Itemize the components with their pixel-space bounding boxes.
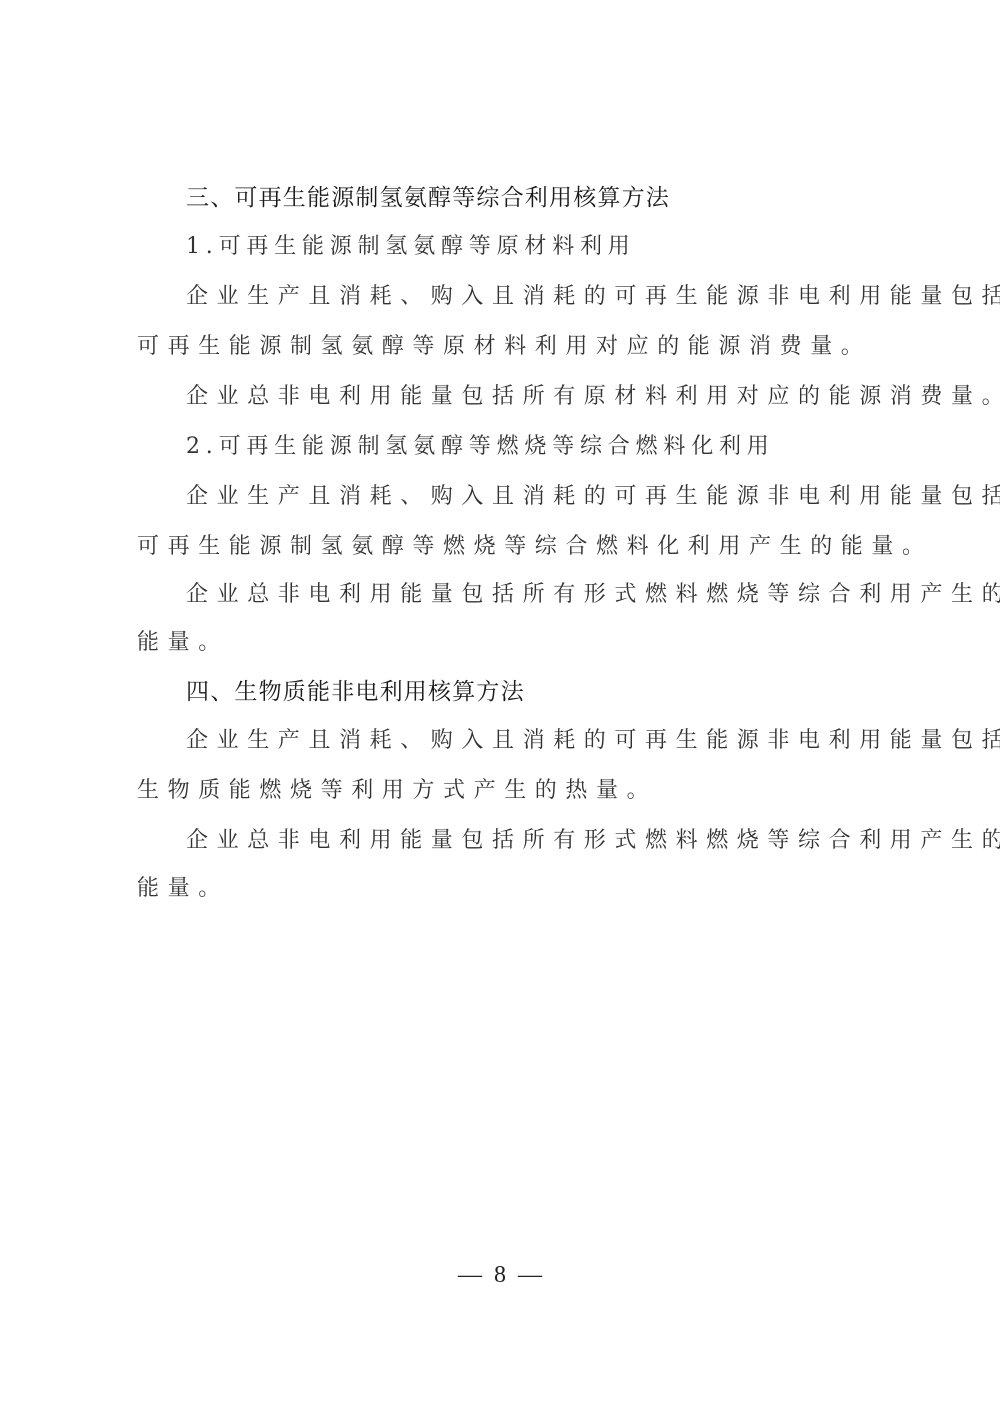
page-number: — 8 — [0, 1262, 1000, 1289]
section-heading-3: 三、可再生能源制氢氨醇等综合利用核算方法 [186, 183, 670, 213]
paragraph-line: 可再生能源制氢氨醇等原材料利用对应的能源消费量。 [137, 332, 871, 362]
paragraph-line: 企业生产且消耗、购入且消耗的可再生能源非电利用能量包括 [186, 726, 1000, 756]
paragraph-line: 企业总非电利用能量包括所有形式燃料燃烧等综合利用产生的 [186, 580, 1000, 610]
paragraph-line: 企业总非电利用能量包括所有形式燃料燃烧等综合利用产生的 [186, 826, 1000, 856]
paragraph-line: 企业生产且消耗、购入且消耗的可再生能源非电利用能量包括 [186, 482, 1000, 512]
section-heading-4: 四、生物质能非电利用核算方法 [186, 677, 525, 707]
paragraph-line: 能量。 [137, 874, 229, 904]
paragraph-line: 可再生能源制氢氨醇等燃烧等综合燃料化利用产生的能量。 [137, 532, 933, 562]
subsection-title-1: 1.可再生能源制氢氨醇等原材料利用 [186, 232, 636, 262]
paragraph-line: 企业生产且消耗、购入且消耗的可再生能源非电利用能量包括 [186, 282, 1000, 312]
document-page: 三、可再生能源制氢氨醇等综合利用核算方法 1.可再生能源制氢氨醇等原材料利用 企… [0, 0, 1000, 1413]
paragraph-line: 企业总非电利用能量包括所有原材料利用对应的能源消费量。 [186, 382, 1000, 412]
subsection-title-2: 2.可再生能源制氢氨醇等燃烧等综合燃料化利用 [186, 432, 775, 462]
paragraph-line: 生物质能燃烧等利用方式产生的热量。 [137, 776, 657, 806]
paragraph-line: 能量。 [137, 628, 229, 658]
